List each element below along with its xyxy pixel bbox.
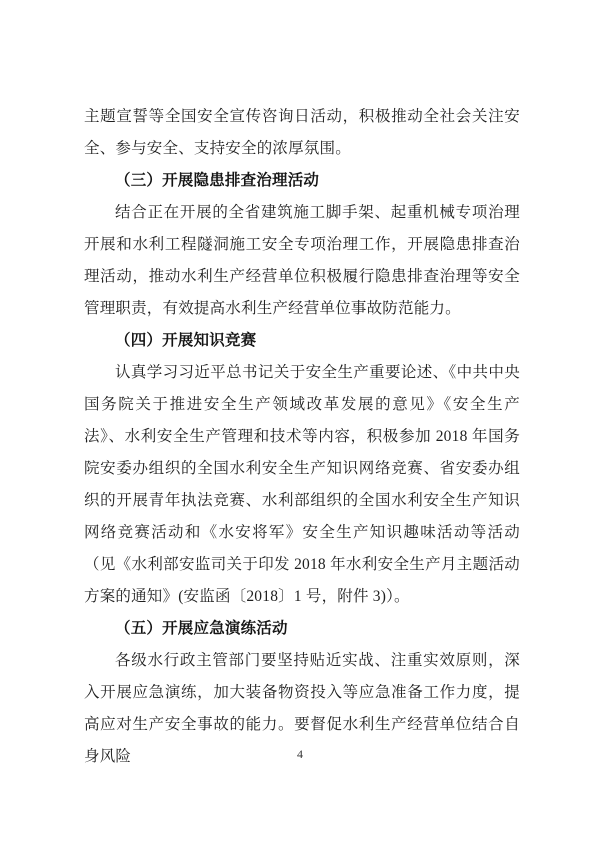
section-heading-3: （三）开展隐患排查治理活动: [84, 165, 520, 197]
section-heading-4: （四）开展知识竞赛: [84, 325, 520, 357]
paragraph-continuation: 主题宣誓等全国安全宣传咨询日活动，积极推动全社会关注安全、参与安全、支持安全的浓…: [84, 101, 520, 165]
document-body: 主题宣誓等全国安全宣传咨询日活动，积极推动全社会关注安全、参与安全、支持安全的浓…: [84, 101, 520, 773]
section-heading-5: （五）开展应急演练活动: [84, 613, 520, 645]
document-page: 主题宣誓等全国安全宣传咨询日活动，积极推动全社会关注安全、参与安全、支持安全的浓…: [0, 0, 600, 848]
section-3-paragraph: 结合正在开展的全省建筑施工脚手架、起重机械专项治理开展和水利工程隧洞施工安全专项…: [84, 197, 520, 325]
section-4-paragraph: 认真学习习近平总书记关于安全生产重要论述、《中共中央国务院关于推进安全生产领域改…: [84, 357, 520, 613]
page-number: 4: [0, 746, 600, 762]
